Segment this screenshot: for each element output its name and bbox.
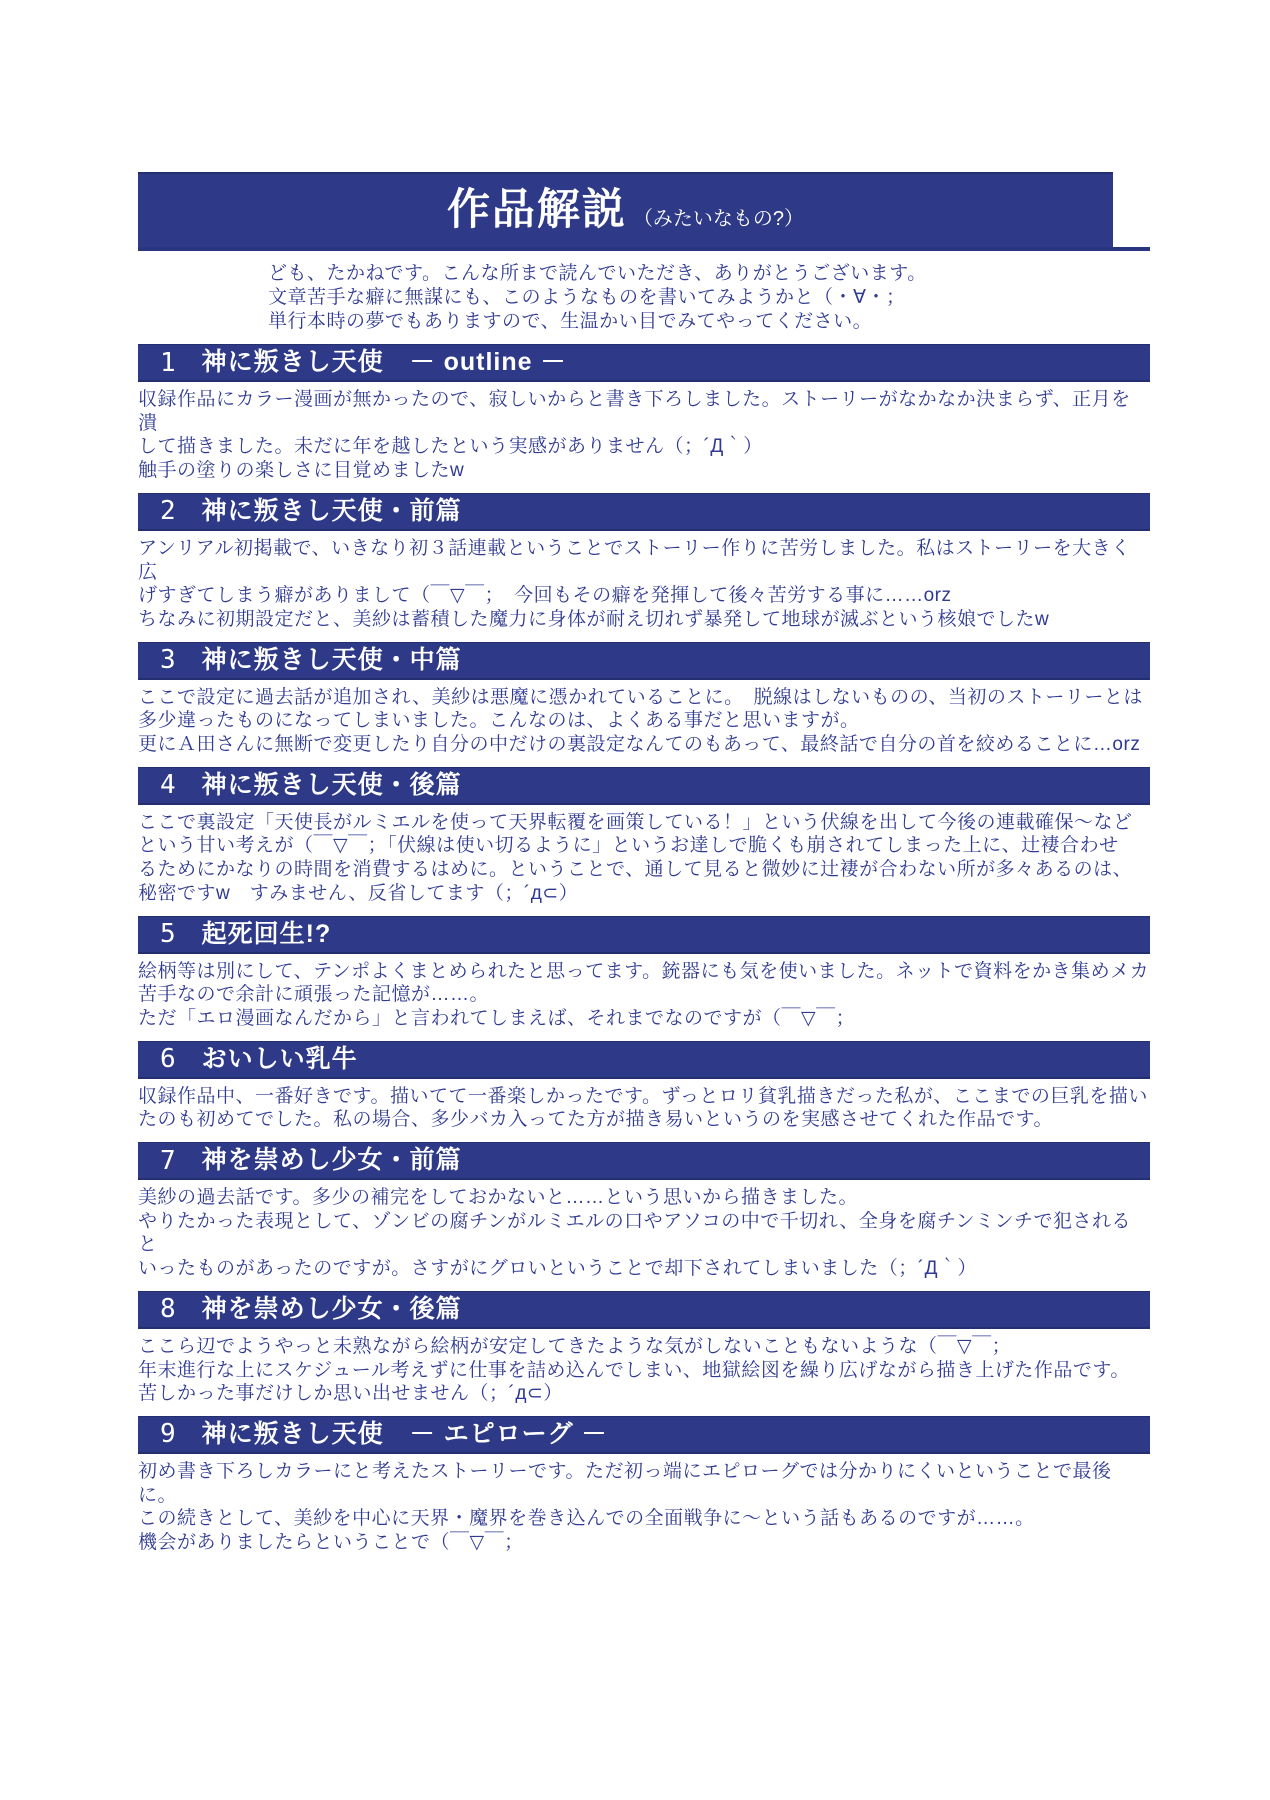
page-title-note: （みたいなもの?）	[633, 209, 804, 229]
section-6-header: 6 おいしい乳牛	[138, 1041, 1150, 1079]
section-8: 8 神を崇めし少女・後篇 ここら辺でようやっと未熟ながら絵柄が安定してきたような…	[138, 1291, 1150, 1406]
section-number: 7	[160, 1148, 176, 1174]
section-7: 7 神を崇めし少女・前篇 美紗の過去話です。多少の補完をしておかないと……という…	[138, 1142, 1150, 1281]
section-1-body: 収録作品にカラー漫画が無かったので、寂しいからと書き下ろしました。ストーリーがな…	[138, 388, 1150, 483]
section-5-header: 5 起死回生!?	[138, 916, 1150, 954]
section-number: 6	[160, 1046, 176, 1072]
section-9-body: 初め書き下ろしカラーにと考えたストーリーです。ただ初っ端にエピローグでは分かりに…	[138, 1460, 1150, 1555]
section-6: 6 おいしい乳牛 収録作品中、一番好きです。描いてて一番楽しかったです。ずっとロ…	[138, 1041, 1150, 1132]
section-number: 1	[160, 350, 176, 376]
section-title: 神に叛きし天使・前篇	[202, 499, 462, 524]
section-7-body: 美紗の過去話です。多少の補完をしておかないと……という思いから描きました。 やり…	[138, 1186, 1150, 1281]
section-title: 神に叛きし天使 － エピローグ －	[202, 1422, 608, 1447]
section-title: おいしい乳牛	[202, 1047, 358, 1072]
section-title: 神に叛きし天使 － outline －	[202, 350, 567, 375]
section-title: 神に叛きし天使・中篇	[202, 648, 462, 673]
content-column: 作品解説 （みたいなもの?） ども、たかねです。こんな所まで読んでいただき、あり…	[138, 172, 1150, 1555]
section-5-body: 絵柄等は別にして、テンポよくまとめられたと思ってます。銃器にも気を使いました。ネ…	[138, 960, 1150, 1031]
section-title: 神を崇めし少女・前篇	[202, 1148, 462, 1173]
title-underline	[138, 247, 1150, 251]
section-number: 9	[160, 1421, 176, 1447]
section-4-body: ここで裏設定「天使長がルミエルを使って天界転覆を画策している！」という伏線を出し…	[138, 811, 1150, 906]
section-4: 4 神に叛きし天使・後篇 ここで裏設定「天使長がルミエルを使って天界転覆を画策し…	[138, 767, 1150, 906]
intro-text: ども、たかねです。こんな所まで読んでいただき、ありがとうございます。 文章苦手な…	[268, 262, 1150, 334]
section-3-body: ここで設定に過去話が追加され、美紗は悪魔に憑かれていることに。 脱線はしないもの…	[138, 686, 1150, 757]
commentary-page: 作品解説 （みたいなもの?） ども、たかねです。こんな所まで読んでいただき、あり…	[0, 0, 1270, 1800]
section-2: 2 神に叛きし天使・前篇 アンリアル初掲載で、いきなり初３話連載ということでスト…	[138, 493, 1150, 632]
section-7-header: 7 神を崇めし少女・前篇	[138, 1142, 1150, 1180]
section-8-header: 8 神を崇めし少女・後篇	[138, 1291, 1150, 1329]
page-title-bar: 作品解説 （みたいなもの?）	[138, 172, 1113, 247]
page-title: 作品解説	[447, 189, 627, 232]
section-title: 神に叛きし天使・後篇	[202, 773, 462, 798]
section-2-header: 2 神に叛きし天使・前篇	[138, 493, 1150, 531]
section-number: 5	[160, 921, 176, 947]
section-title: 起死回生!?	[202, 922, 332, 947]
section-number: 8	[160, 1296, 176, 1322]
section-number: 3	[160, 647, 176, 673]
section-2-body: アンリアル初掲載で、いきなり初３話連載ということでストーリー作りに苦労しました。…	[138, 537, 1150, 632]
section-8-body: ここら辺でようやっと未熟ながら絵柄が安定してきたような気がしないこともないような…	[138, 1335, 1150, 1406]
section-9: 9 神に叛きし天使 － エピローグ － 初め書き下ろしカラーにと考えたストーリー…	[138, 1416, 1150, 1555]
section-1-header: 1 神に叛きし天使 － outline －	[138, 344, 1150, 382]
section-6-body: 収録作品中、一番好きです。描いてて一番楽しかったです。ずっとロリ貧乳描きだった私…	[138, 1085, 1150, 1132]
section-5: 5 起死回生!? 絵柄等は別にして、テンポよくまとめられたと思ってます。銃器にも…	[138, 916, 1150, 1031]
section-4-header: 4 神に叛きし天使・後篇	[138, 767, 1150, 805]
section-title: 神を崇めし少女・後篇	[202, 1297, 462, 1322]
section-number: 2	[160, 498, 176, 524]
section-3-header: 3 神に叛きし天使・中篇	[138, 642, 1150, 680]
section-1: 1 神に叛きし天使 － outline － 収録作品にカラー漫画が無かったので、…	[138, 344, 1150, 483]
section-9-header: 9 神に叛きし天使 － エピローグ －	[138, 1416, 1150, 1454]
section-number: 4	[160, 772, 176, 798]
section-3: 3 神に叛きし天使・中篇 ここで設定に過去話が追加され、美紗は悪魔に憑かれている…	[138, 642, 1150, 757]
